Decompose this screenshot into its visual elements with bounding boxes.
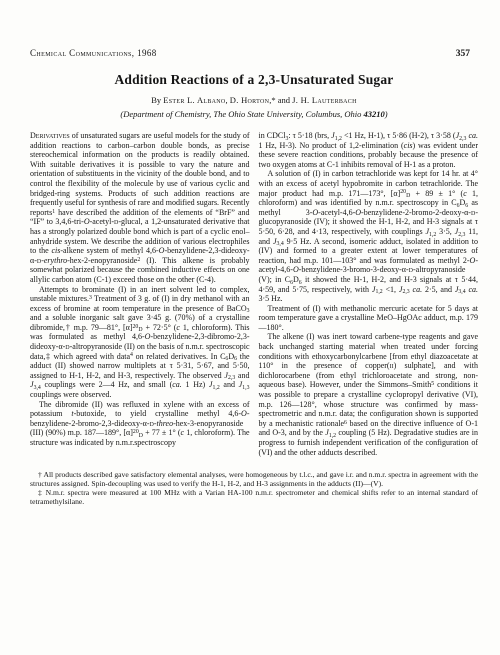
footnote: ‡ N.m.r. spectra were measured at 100 MH… (30, 488, 478, 506)
two-column-body: Derivatives of unsaturated sugars are us… (30, 131, 478, 457)
right-column: in CDCl3: τ 5·18 (brs, J1,2 <1 Hz, H-1),… (259, 131, 479, 457)
journal-name: Chemical Communications, 1968 (30, 48, 157, 58)
left-column: Derivatives of unsaturated sugars are us… (30, 131, 250, 457)
paragraph: Derivatives of unsaturated sugars are us… (30, 131, 250, 285)
paragraph: The alkene (I) was inert toward carbene-… (259, 332, 479, 457)
article-title: Addition Reactions of a 2,3-Unsaturated … (30, 72, 478, 88)
affiliation: (Department of Chemistry, The Ohio State… (30, 109, 478, 119)
paragraph: Attempts to brominate (I) in an inert so… (30, 285, 250, 400)
byline: By Ester L. Albano, D. Horton,* and J. H… (30, 95, 478, 105)
journal-page: Chemical Communications, 1968 357 Additi… (0, 0, 500, 655)
footnotes: † All products described gave satisfacto… (30, 470, 478, 506)
paragraph: The dibromide (II) was refluxed in xylen… (30, 400, 250, 448)
paragraph: A solution of (I) in carbon tetrachlorid… (259, 169, 479, 303)
paragraph: in CDCl3: τ 5·18 (brs, J1,2 <1 Hz, H-1),… (259, 131, 479, 169)
footnote: † All products described gave satisfacto… (30, 470, 478, 488)
page-number: 357 (456, 49, 470, 59)
paragraph: Treatment of (I) with methanolic mercuri… (259, 304, 479, 333)
running-header: Chemical Communications, 1968 357 (30, 48, 478, 59)
